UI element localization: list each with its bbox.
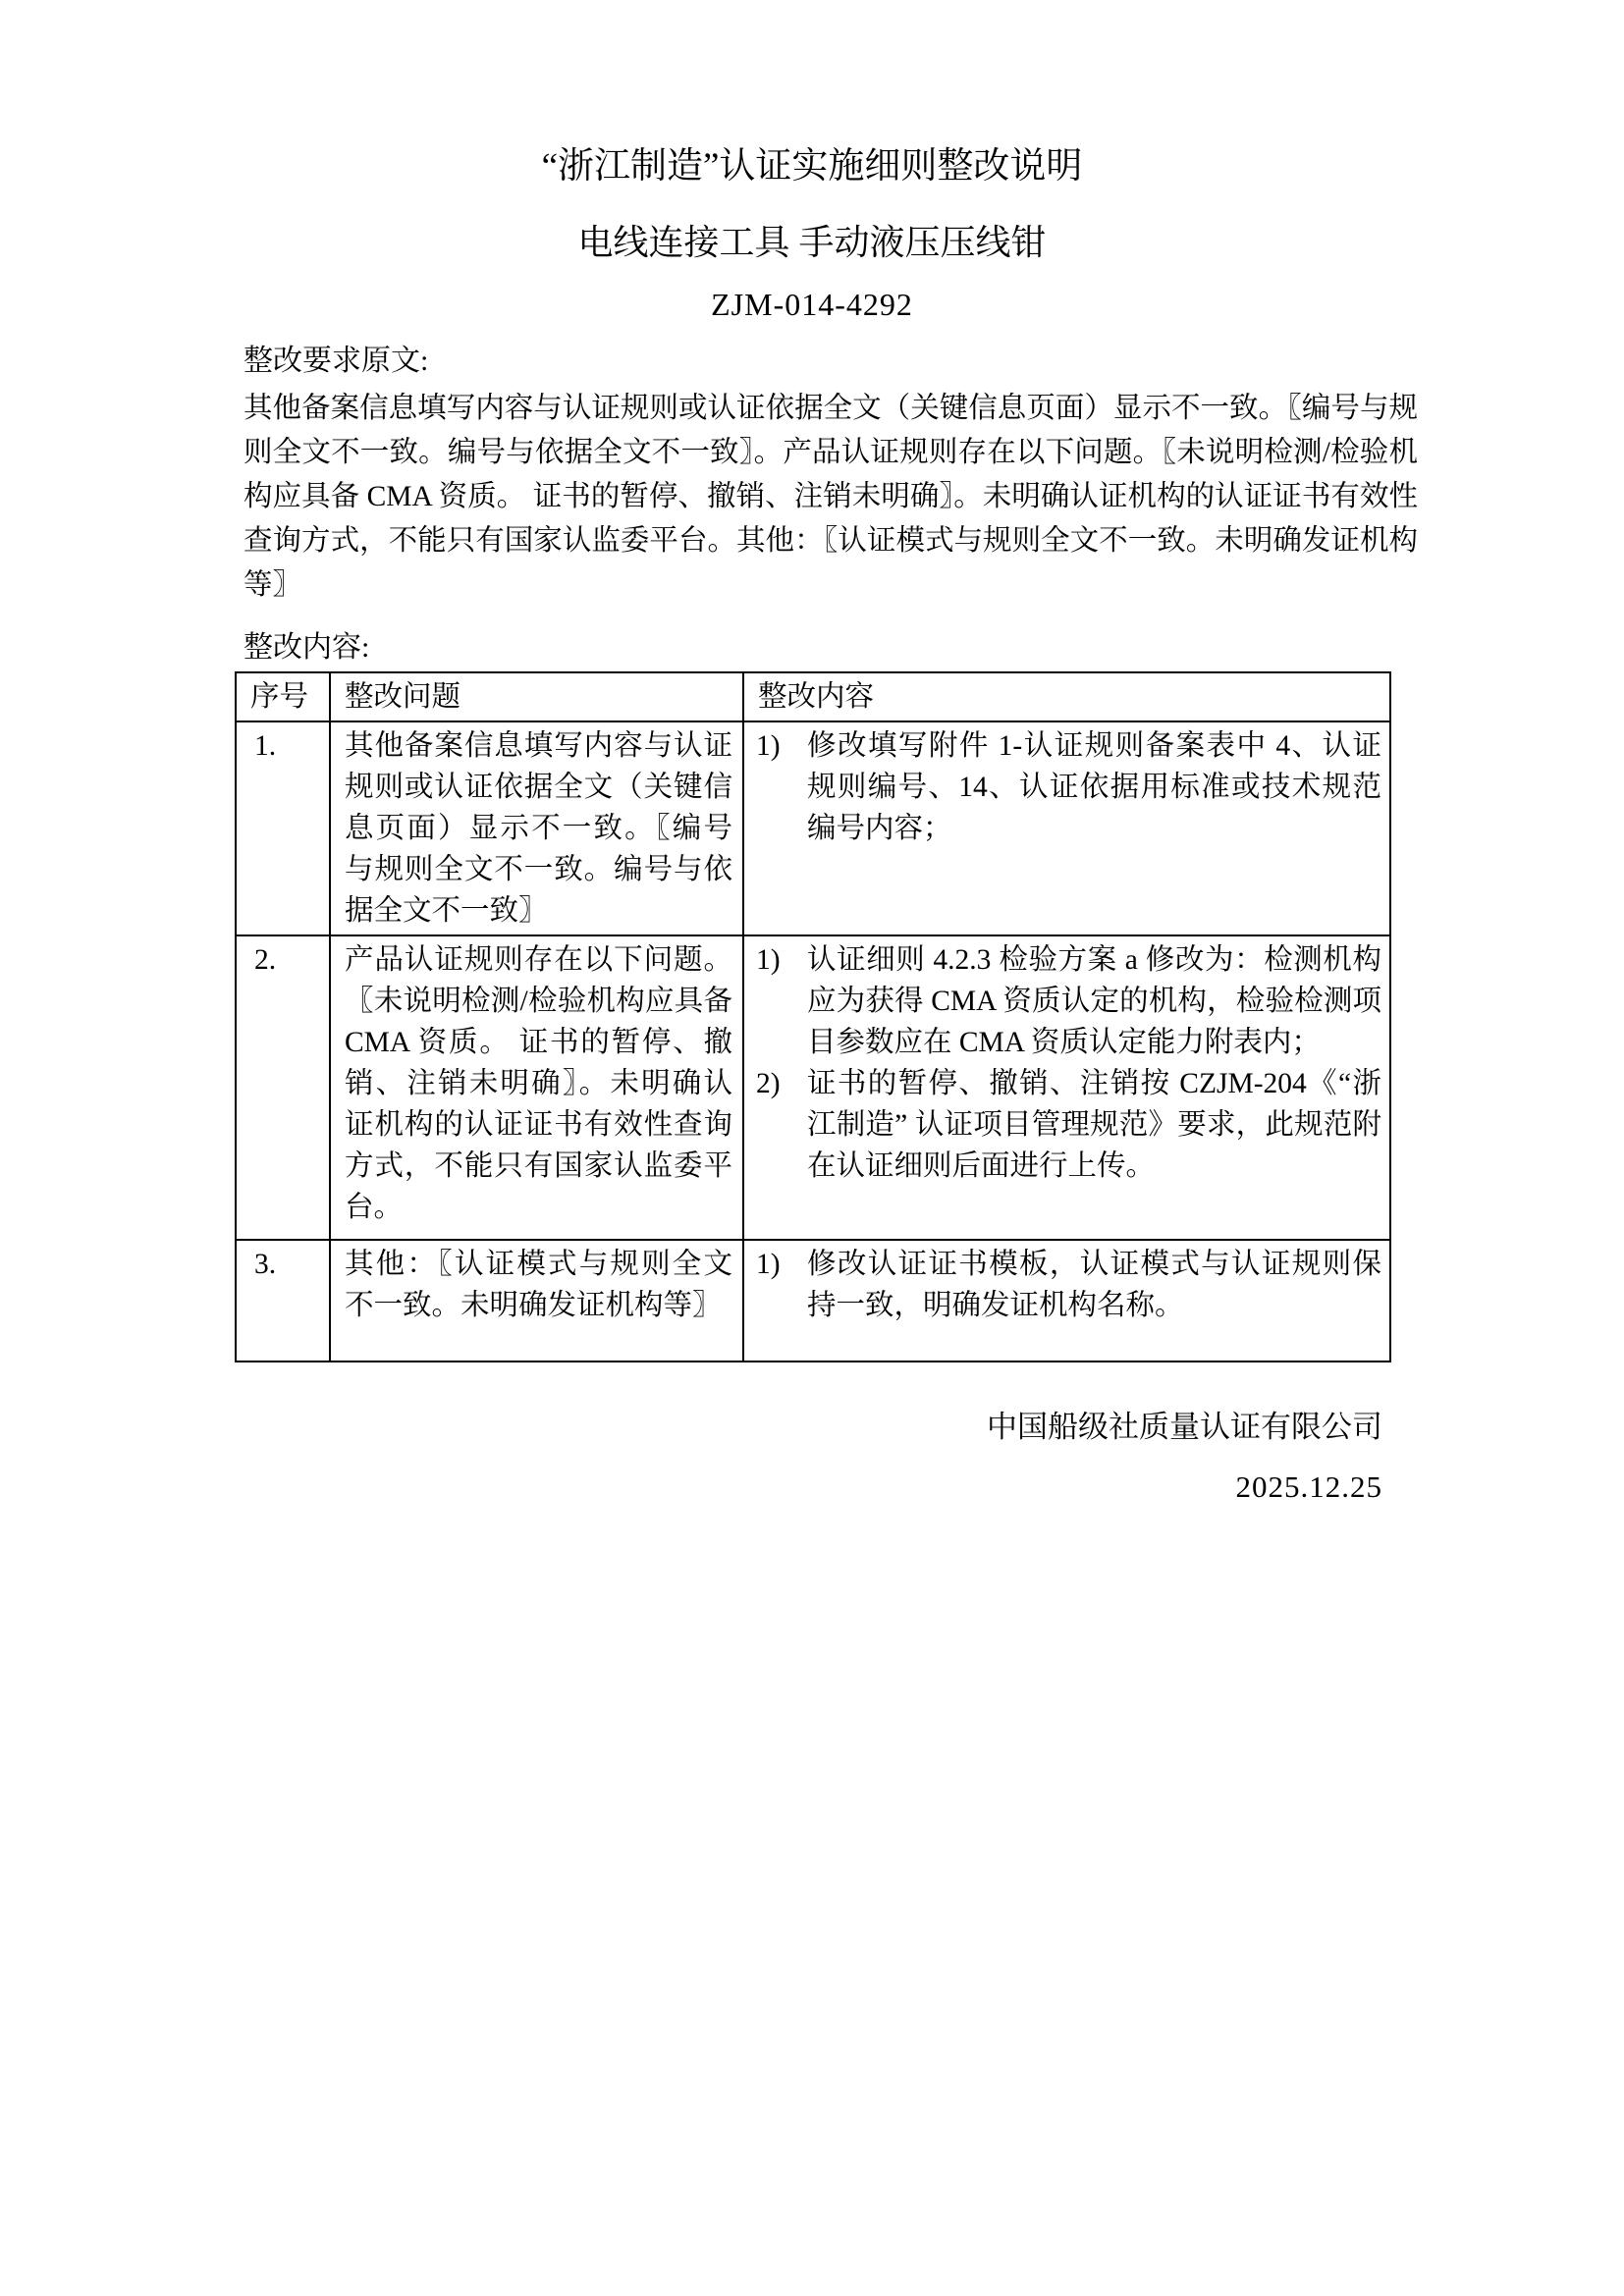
action-text: 证书的暂停、撤销、注销按 CZJM-204《“浙江制造” 认证项目管理规范》要求… [807, 1063, 1381, 1187]
row-problem: 产品认证规则存在以下问题。〖未说明检测/检验机构应具备 CMA 资质。 证书的暂… [330, 935, 743, 1240]
rectification-table: 序号 整改问题 整改内容 1. 其他备案信息填写内容与认证规则或认证依据全文（关… [235, 671, 1391, 1362]
document-page: “浙江制造”认证实施细则整改说明 电线连接工具 手动液压压线钳 ZJM-014-… [0, 0, 1624, 2296]
action-item: 2) 证书的暂停、撤销、注销按 CZJM-204《“浙江制造” 认证项目管理规范… [756, 1063, 1381, 1187]
row-number: 1. [236, 721, 330, 935]
action-marker: 1) [756, 725, 807, 767]
header-cell-problem: 整改问题 [330, 672, 743, 721]
row-problem: 其他备案信息填写内容与认证规则或认证依据全文（关键信息页面）显示不一致。〖编号与… [330, 721, 743, 935]
signature-block: 中国船级社质量认证有限公司 2025.12.25 [244, 1408, 1398, 1507]
doc-title: “浙江制造”认证实施细则整改说明 [0, 143, 1624, 190]
row-actions: 1) 认证细则 4.2.3 检验方案 a 修改为：检测机构应为获得 CMA 资质… [743, 935, 1390, 1240]
action-text: 修改认证证书模板，认证模式与认证规则保持一致，明确发证机构名称。 [807, 1244, 1381, 1326]
request-section-label: 整改要求原文: [244, 342, 428, 381]
action-text: 修改填写附件 1-认证规则备案表中 4、认证规则编号、14、认证依据用标准或技术… [807, 725, 1381, 849]
row-problem: 其他：〖认证模式与规则全文不一致。未明确发证机构等〗 [330, 1240, 743, 1362]
row-actions: 1) 修改填写附件 1-认证规则备案表中 4、认证规则编号、14、认证依据用标准… [743, 721, 1390, 935]
table-row: 1. 其他备案信息填写内容与认证规则或认证依据全文（关键信息页面）显示不一致。〖… [236, 721, 1390, 935]
action-item: 1) 认证细则 4.2.3 检验方案 a 修改为：检测机构应为获得 CMA 资质… [756, 939, 1381, 1063]
action-marker: 2) [756, 1063, 807, 1104]
signature-date: 2025.12.25 [244, 1468, 1382, 1507]
doc-code: ZJM-014-4292 [0, 284, 1624, 325]
table-row: 2. 产品认证规则存在以下问题。〖未说明检测/检验机构应具备 CMA 资质。 证… [236, 935, 1390, 1240]
action-item: 1) 修改认证证书模板，认证模式与认证规则保持一致，明确发证机构名称。 [756, 1244, 1381, 1326]
table-header-row: 序号 整改问题 整改内容 [236, 672, 1390, 721]
request-body-paragraph: 其他备案信息填写内容与认证规则或认证依据全文（关键信息页面）显示不一致。〖编号与… [244, 387, 1418, 608]
signature-company: 中国船级社质量认证有限公司 [244, 1408, 1382, 1447]
row-number: 3. [236, 1240, 330, 1362]
header-cell-content: 整改内容 [743, 672, 1390, 721]
row-number: 2. [236, 935, 330, 1240]
rectification-section-label: 整改内容: [244, 628, 369, 667]
action-marker: 1) [756, 1244, 807, 1285]
action-marker: 1) [756, 939, 807, 981]
action-text: 认证细则 4.2.3 检验方案 a 修改为：检测机构应为获得 CMA 资质认定的… [807, 939, 1381, 1063]
header-cell-no: 序号 [236, 672, 330, 721]
row-actions: 1) 修改认证证书模板，认证模式与认证规则保持一致，明确发证机构名称。 [743, 1240, 1390, 1362]
table-row: 3. 其他：〖认证模式与规则全文不一致。未明确发证机构等〗 1) 修改认证证书模… [236, 1240, 1390, 1362]
doc-subtitle: 电线连接工具 手动液压压线钳 [0, 220, 1624, 265]
action-item: 1) 修改填写附件 1-认证规则备案表中 4、认证规则编号、14、认证依据用标准… [756, 725, 1381, 849]
